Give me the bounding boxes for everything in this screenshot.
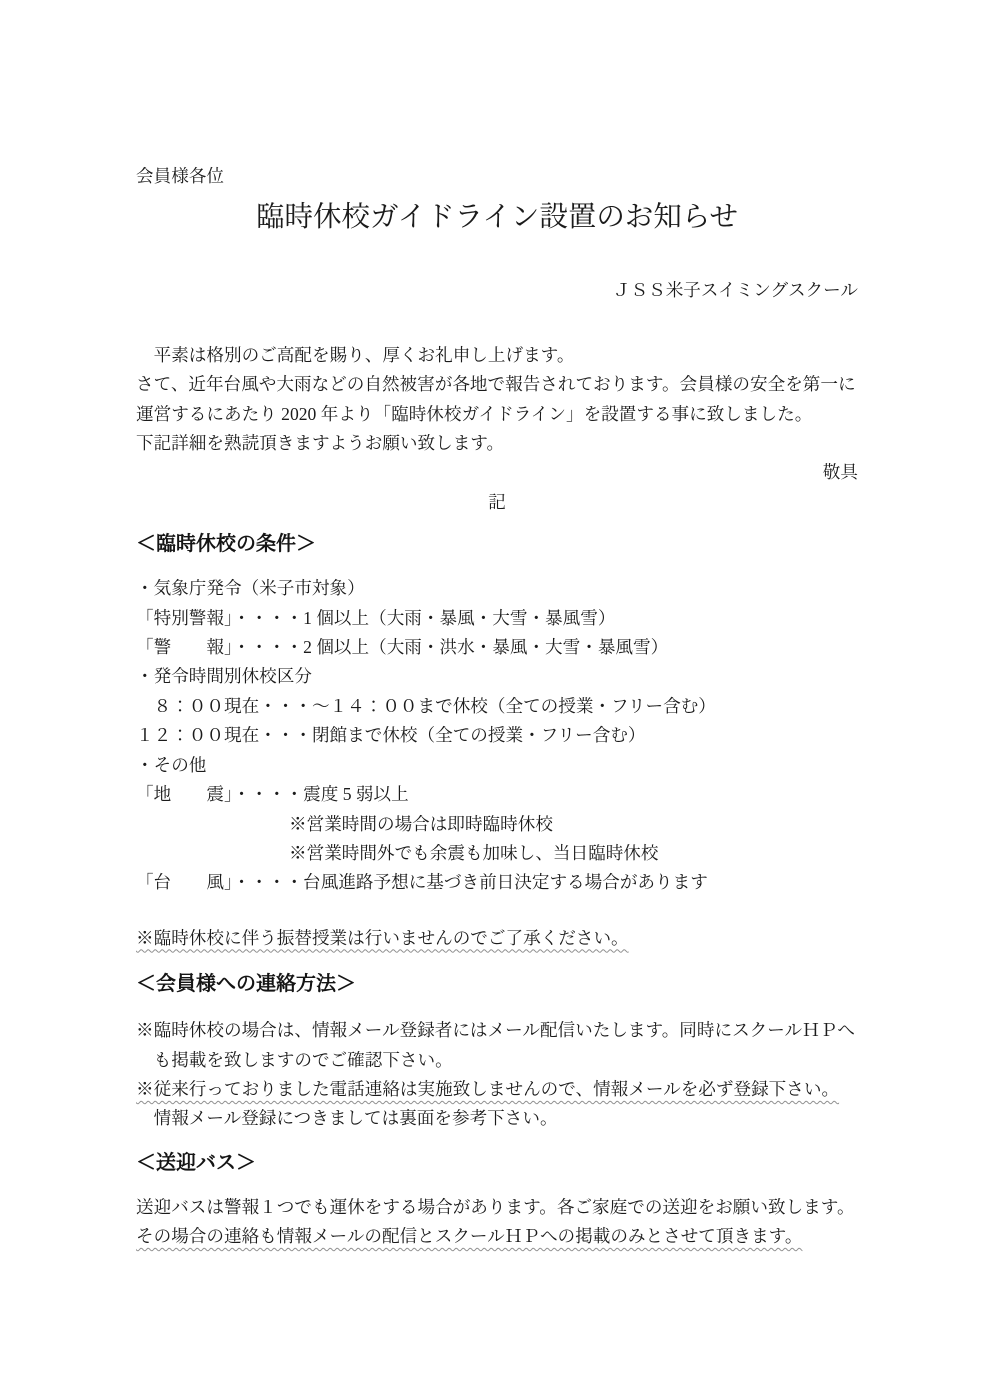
section-heading-contact: ＜会員様への連絡方法＞ bbox=[136, 969, 858, 1000]
notice-document-page: 会員様各位 臨時休校ガイドライン設置のお知らせ ＪＳＳ米子スイミングスクール 平… bbox=[0, 0, 990, 1400]
condition-line: ・気象庁発令（米子市対象） bbox=[136, 574, 858, 603]
conditions-list: ・気象庁発令（米子市対象） 「特別警報」・・・・1 個以上（大雨・暴風・大雪・暴… bbox=[136, 574, 858, 897]
document-title: 臨時休校ガイドライン設置のお知らせ bbox=[136, 197, 858, 239]
condition-line: ・発令時間別休校区分 bbox=[136, 662, 858, 691]
bus-line-emphasized: その場合の連絡も情報メールの配信とスクールＨＰへの掲載のみとさせて頂きます。 bbox=[136, 1222, 858, 1251]
intro-line: 下記詳細を熟読頂きますようお願い致します。 bbox=[136, 429, 858, 458]
condition-subnote-line: ※営業時間の場合は即時臨時休校 bbox=[136, 810, 858, 839]
condition-line: 「警 報」・・・・2 個以上（大雨・洪水・暴風・大雪・暴風雪） bbox=[136, 633, 858, 662]
contact-paragraph: ※臨時休校の場合は、情報メール登録者にはメール配信いたします。同時にスクールＨＰ… bbox=[136, 1016, 858, 1134]
conditions-note: ※臨時休校に伴う振替授業は行いませんのでご了承ください。 bbox=[136, 924, 858, 953]
section-heading-conditions: ＜臨時休校の条件＞ bbox=[136, 529, 858, 560]
intro-line: さて、近年台風や大雨などの自然被害が各地で報告されております。会員様の安全を第一… bbox=[136, 370, 858, 399]
condition-line: 「台 風」・・・・台風進路予想に基づき前日決定する場合があります bbox=[136, 868, 858, 897]
condition-line: ・その他 bbox=[136, 751, 858, 780]
intro-line: 平素は格別のご高配を賜り、厚くお礼申し上げます。 bbox=[136, 341, 858, 370]
section-heading-bus: ＜送迎バス＞ bbox=[136, 1148, 858, 1179]
condition-subnote-line: ※営業時間外でも余震も加味し、当日臨時休校 bbox=[136, 839, 858, 868]
bus-paragraph: 送迎バスは警報１つでも運休をする場合があります。各ご家庭での送迎をお願い致します… bbox=[136, 1193, 858, 1252]
intro-line: 運営するにあたり 2020 年より「臨時休校ガイドライン」を設置する事に致しまし… bbox=[136, 400, 858, 429]
contact-line: も掲載を致しますのでご確認下さい。 bbox=[136, 1046, 858, 1075]
recipient-line: 会員様各位 bbox=[136, 162, 858, 191]
contact-line: 情報メール登録につきましては裏面を参考下さい。 bbox=[136, 1104, 858, 1133]
condition-line: ８：００現在・・・～１４：００まで休校（全ての授業・フリー含む） bbox=[136, 692, 858, 721]
contact-line-emphasized: ※従来行っておりました電話連絡は実施致しませんので、情報メールを必ず登録下さい。 bbox=[136, 1075, 858, 1104]
condition-line: 「地 震」・・・・震度 5 弱以上 bbox=[136, 780, 858, 809]
bus-line: 送迎バスは警報１つでも運休をする場合があります。各ご家庭での送迎をお願い致します… bbox=[136, 1193, 858, 1222]
intro-paragraph: 平素は格別のご高配を賜り、厚くお礼申し上げます。 さて、近年台風や大雨などの自然… bbox=[136, 341, 858, 459]
condition-line: 「特別警報」・・・・1 個以上（大雨・暴風・大雪・暴風雪） bbox=[136, 604, 858, 633]
contact-line: ※臨時休校の場合は、情報メール登録者にはメール配信いたします。同時にスクールＨＰ… bbox=[136, 1016, 858, 1045]
sender-name: ＪＳＳ米子スイミングスクール bbox=[136, 276, 858, 305]
closing-keigu: 敬具 bbox=[136, 458, 858, 487]
record-mark: 記 bbox=[136, 488, 858, 517]
condition-line: １２：００現在・・・閉館まで休校（全ての授業・フリー含む） bbox=[136, 721, 858, 750]
